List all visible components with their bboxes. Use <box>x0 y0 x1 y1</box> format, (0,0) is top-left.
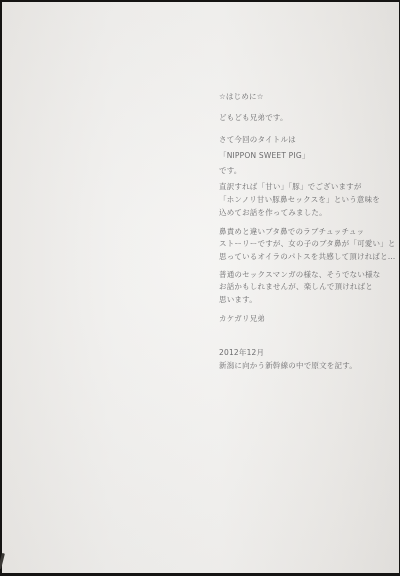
title-announcement-paragraph: さて今回のタイトルは 「NIPPON SWEET PIG」 です。 <box>219 132 310 179</box>
paragraph-line: 「ホンノリ甘い豚鼻セックスを」という意味を <box>219 193 380 206</box>
greeting-line: どもども兄弟です。 <box>219 111 288 124</box>
paragraph-line: 思います。 <box>219 294 380 306</box>
colophon-line: 新潟に向かう新幹線の中で原文を記す。 <box>219 359 357 372</box>
meaning-paragraph: 直訳すれば「甘い」「豚」でございますが 「ホンノリ甘い豚鼻セックスを」という意味… <box>219 180 380 219</box>
paragraph-line: です。 <box>219 163 310 179</box>
closing-paragraph: 普通のセックスマンガの様な、そうでない様な お話かもしれませんが、楽しんで頂けれ… <box>219 269 380 306</box>
paragraph-line: 直訳すれば「甘い」「豚」でございますが <box>219 180 380 193</box>
paragraph-line: 鼻責めと違いブタ鼻でのラブチュッチュッ <box>219 226 396 238</box>
paragraph-line: 普通のセックスマンガの様な、そうでない様な <box>219 269 380 281</box>
page-title: ☆はじめに☆ <box>219 90 264 103</box>
paragraph-line: ストーリーですが、女の子のブタ鼻が「可愛い」と <box>219 238 396 250</box>
paragraph-line: 込めてお話を作ってみました。 <box>219 206 380 219</box>
scanned-book-page: ☆はじめに☆ どもども兄弟です。 さて今回のタイトルは 「NIPPON SWEE… <box>0 0 400 576</box>
paragraph-line: 思っているオイラのパトスを共感して頂ければと… <box>219 251 396 263</box>
paragraph-line: お話かもしれませんが、楽しんで頂ければと <box>219 281 380 293</box>
book-title-line: 「NIPPON SWEET PIG」 <box>219 148 310 164</box>
story-paragraph: 鼻責めと違いブタ鼻でのラブチュッチュッ ストーリーですが、女の子のブタ鼻が「可愛… <box>219 226 396 263</box>
paragraph-line: さて今回のタイトルは <box>219 132 310 148</box>
scan-corner-artifact <box>0 553 5 569</box>
date-line: 2012年12月 <box>219 346 264 359</box>
author-signature: カケガリ兄弟 <box>219 312 265 325</box>
